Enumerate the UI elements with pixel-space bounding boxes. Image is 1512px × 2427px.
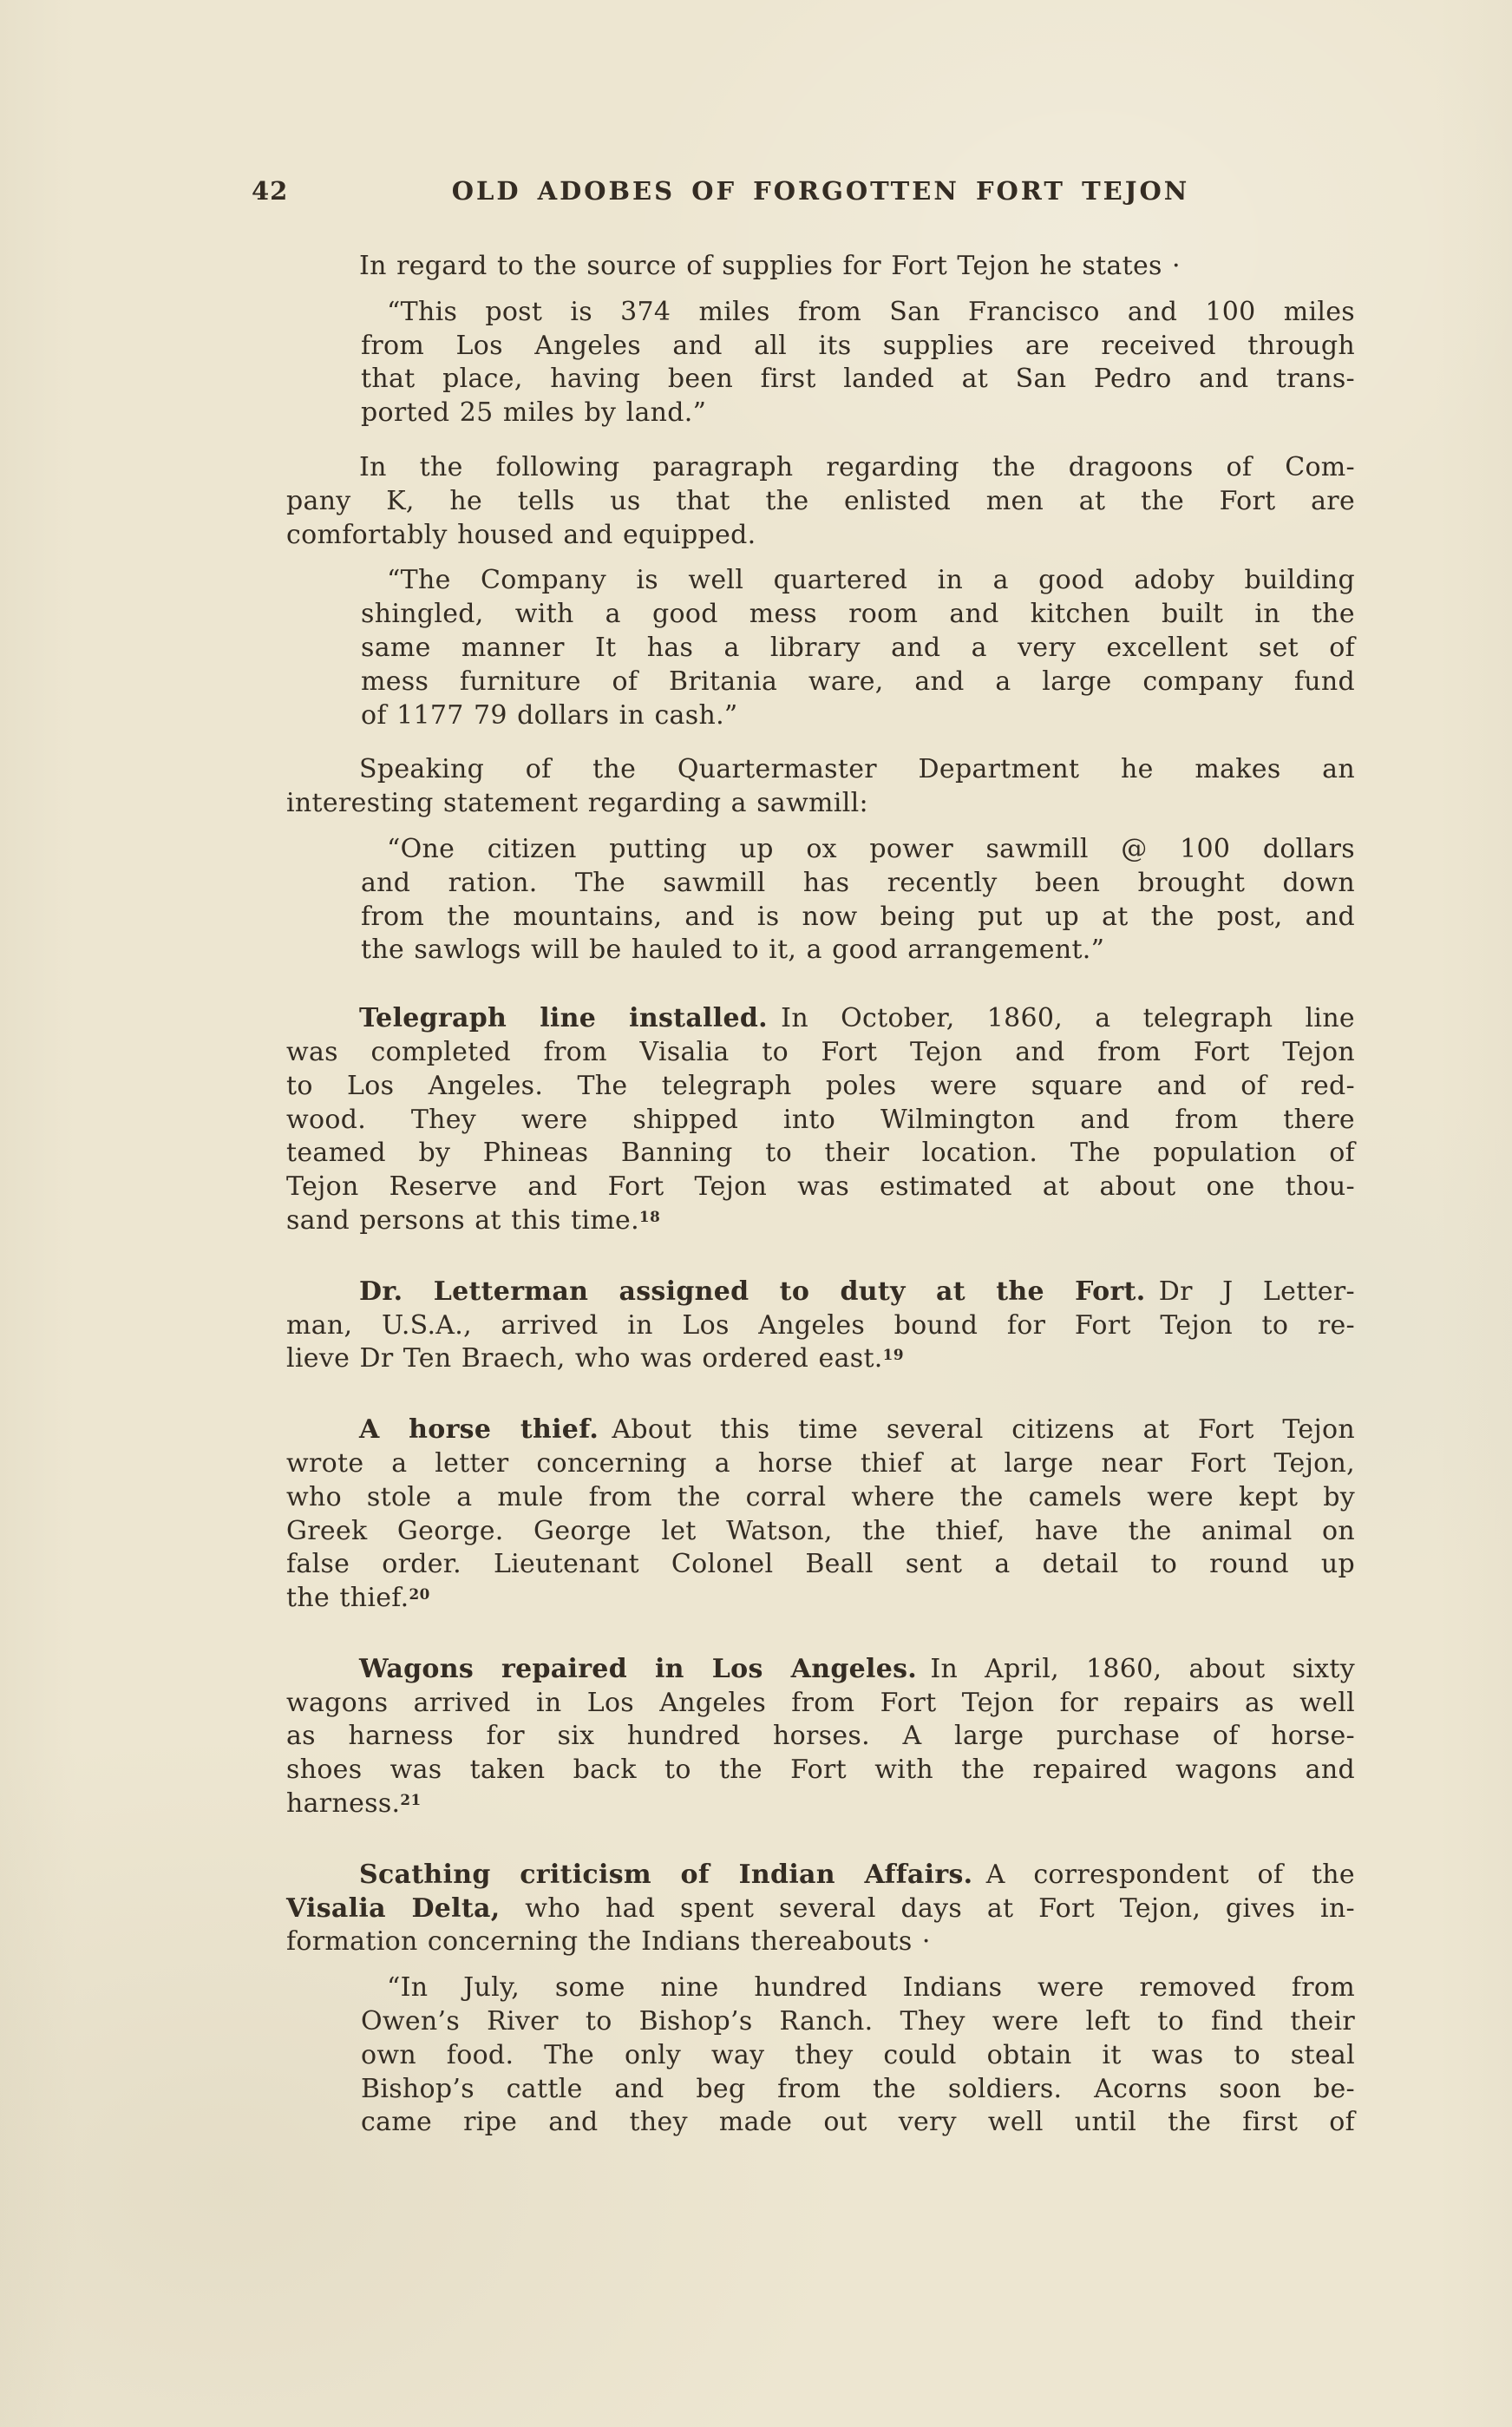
bold-heading-run: A horse thief. [359, 1414, 599, 1445]
footnote-reference: 20 [409, 1585, 429, 1603]
text-line: Bishop’s cattle and beg from the soldier… [361, 2073, 1355, 2107]
text-run: Bishop’s cattle and beg from the soldier… [361, 2074, 1355, 2104]
text-line: from Los Angeles and all its supplies ar… [361, 330, 1355, 364]
paragraph-quote: “This post is 374 miles from San Francis… [361, 296, 1355, 430]
paragraph-section: A horse thief. About this time several c… [286, 1414, 1355, 1618]
text-block: In regard to the source of supplies for … [286, 250, 1355, 2140]
text-line: was completed from Visalia to Fort Tejon… [286, 1036, 1355, 1070]
text-line: own food. The only way they could obtain… [361, 2039, 1355, 2073]
bold-heading-run: Dr. Letterman assigned to duty at the Fo… [359, 1276, 1145, 1307]
text-line: “One citizen putting up ox power sawmill… [361, 833, 1355, 867]
text-run: Greek George. George let Watson, the thi… [286, 1516, 1355, 1546]
text-line: Speaking of the Quartermaster Department… [286, 753, 1355, 787]
text-line: as harness for six hundred horses. A lar… [286, 1720, 1355, 1754]
text-run: was completed from Visalia to Fort Tejon… [286, 1037, 1355, 1067]
text-line: A horse thief. About this time several c… [286, 1414, 1355, 1447]
text-run: as harness for six hundred horses. A lar… [286, 1721, 1355, 1751]
page-number: 42 [252, 176, 288, 206]
text-line: shingled, with a good mess room and kitc… [361, 598, 1355, 632]
text-line: the sawlogs will be hauled to it, a good… [361, 934, 1355, 968]
text-line: In the following paragraph regarding the… [286, 451, 1355, 485]
text-line: the thief.20 [286, 1582, 1355, 1618]
text-run: wrote a letter concerning a horse thief … [286, 1448, 1355, 1479]
text-line: “In July, some nine hundred Indians were… [361, 1971, 1355, 2005]
text-line: interesting statement regarding a sawmil… [286, 787, 1355, 821]
text-run: same manner It has a library and a very … [361, 633, 1355, 663]
text-run: “One citizen putting up ox power sawmill… [387, 834, 1355, 864]
text-line: wood. They were shipped into Wilmington … [286, 1104, 1355, 1138]
book-page-scan: 42 OLD ADOBES OF FORGOTTEN FORT TEJON In… [0, 0, 1512, 2427]
paragraph-section: Scathing criticism of Indian Affairs. A … [286, 1859, 1355, 1959]
paragraph-quote: “The Company is well quartered in a good… [361, 564, 1355, 732]
bold-heading-run: Wagons repaired in Los Angeles. [359, 1654, 917, 1684]
text-line: “The Company is well quartered in a good… [361, 564, 1355, 598]
text-line: from the mountains, and is now being put… [361, 901, 1355, 935]
text-run: and ration. The sawmill has recently bee… [361, 868, 1355, 898]
text-line: and ration. The sawmill has recently bee… [361, 867, 1355, 901]
text-run: shoes was taken back to the Fort with th… [286, 1755, 1355, 1785]
text-line: “This post is 374 miles from San Francis… [361, 296, 1355, 330]
text-line: lieve Dr Ten Braech, who was ordered eas… [286, 1342, 1355, 1379]
text-run: lieve Dr Ten Braech, who was ordered eas… [286, 1343, 883, 1374]
text-run: wagons arrived in Los Angeles from Fort … [286, 1688, 1355, 1718]
text-run: from the mountains, and is now being put… [361, 902, 1355, 932]
text-line: shoes was taken back to the Fort with th… [286, 1754, 1355, 1787]
text-line: comfortably housed and equipped. [286, 519, 1355, 553]
text-run: man, U.S.A., arrived in Los Angeles boun… [286, 1310, 1355, 1341]
text-line: pany K, he tells us that the enlisted me… [286, 485, 1355, 519]
footnote-reference: 18 [639, 1208, 660, 1225]
text-run: mess furniture of Britania ware, and a l… [361, 666, 1355, 697]
paragraph-quote: “In July, some nine hundred Indians were… [361, 1971, 1355, 2140]
text-line: teamed by Phineas Banning to their locat… [286, 1137, 1355, 1171]
paragraph-section: Dr. Letterman assigned to duty at the Fo… [286, 1276, 1355, 1379]
bold-heading-run: Telegraph line installed. [359, 1003, 768, 1033]
text-run: harness. [286, 1788, 400, 1819]
text-line: Tejon Reserve and Fort Tejon was estimat… [286, 1171, 1355, 1204]
text-line: false order. Lieutenant Colonel Beall se… [286, 1548, 1355, 1582]
text-run: A correspondent of the [972, 1860, 1355, 1890]
text-run: About this time several citizens at Fort… [599, 1414, 1355, 1445]
text-line: formation concerning the Indians thereab… [286, 1925, 1355, 1959]
text-line: came ripe and they made out very well un… [361, 2106, 1355, 2140]
text-line: of 1177 79 dollars in cash.” [361, 699, 1355, 733]
text-run: comfortably housed and equipped. [286, 520, 756, 550]
text-run: ported 25 miles by land.” [361, 397, 706, 428]
text-line: Dr. Letterman assigned to duty at the Fo… [286, 1276, 1355, 1309]
text-line: mess furniture of Britania ware, and a l… [361, 666, 1355, 699]
text-line: to Los Angeles. The telegraph poles were… [286, 1070, 1355, 1104]
text-run: came ripe and they made out very well un… [361, 2107, 1355, 2137]
text-run: of 1177 79 dollars in cash.” [361, 700, 738, 731]
text-run: to Los Angeles. The telegraph poles were… [286, 1071, 1355, 1101]
text-run: who stole a mule from the corral where t… [286, 1482, 1355, 1512]
text-line: Scathing criticism of Indian Affairs. A … [286, 1859, 1355, 1892]
text-run: “This post is 374 miles from San Francis… [387, 297, 1355, 327]
text-line: that place, having been first landed at … [361, 363, 1355, 397]
text-run: “The Company is well quartered in a good… [387, 565, 1355, 595]
paragraph-section: Wagons repaired in Los Angeles. In April… [286, 1653, 1355, 1824]
text-run: formation concerning the Indians thereab… [286, 1926, 931, 1957]
text-run: Speaking of the Quartermaster Department… [359, 754, 1355, 784]
text-line: In regard to the source of supplies for … [286, 250, 1355, 284]
running-title: OLD ADOBES OF FORGOTTEN FORT TEJON [286, 176, 1355, 206]
text-run: who had spent several days at Fort Tejon… [501, 1893, 1356, 1924]
running-head: 42 OLD ADOBES OF FORGOTTEN FORT TEJON [286, 176, 1355, 206]
text-run: interesting statement regarding a sawmil… [286, 788, 868, 818]
paragraph-quote: “One citizen putting up ox power sawmill… [361, 833, 1355, 968]
text-run: Owen’s River to Bishop’s Ranch. They wer… [361, 2006, 1355, 2037]
text-run: sand persons at this time. [286, 1205, 639, 1236]
text-line: Wagons repaired in Los Angeles. In April… [286, 1653, 1355, 1687]
text-run: “In July, some nine hundred Indians were… [387, 1972, 1355, 2003]
bold-heading-run: Visalia Delta, [286, 1893, 501, 1924]
text-run: In October, 1860, a telegraph line [768, 1003, 1355, 1033]
text-run: pany K, he tells us that the enlisted me… [286, 486, 1355, 516]
bold-heading-run: Scathing criticism of Indian Affairs. [359, 1860, 972, 1890]
text-line: Owen’s River to Bishop’s Ranch. They wer… [361, 2005, 1355, 2039]
paragraph-body: In regard to the source of supplies for … [286, 250, 1355, 284]
text-line: who stole a mule from the corral where t… [286, 1481, 1355, 1515]
text-run: Dr J Letter- [1145, 1276, 1355, 1307]
text-line: wrote a letter concerning a horse thief … [286, 1447, 1355, 1481]
text-line: Visalia Delta, who had spent several day… [286, 1892, 1355, 1926]
text-line: wagons arrived in Los Angeles from Fort … [286, 1687, 1355, 1721]
text-run: false order. Lieutenant Colonel Beall se… [286, 1549, 1355, 1579]
footnote-reference: 21 [400, 1791, 421, 1808]
text-run: own food. The only way they could obtain… [361, 2040, 1355, 2070]
text-run: the thief. [286, 1583, 409, 1613]
text-line: harness.21 [286, 1787, 1355, 1824]
text-run: teamed by Phineas Banning to their locat… [286, 1138, 1355, 1168]
text-run: shingled, with a good mess room and kitc… [361, 599, 1355, 629]
paragraph-body: Speaking of the Quartermaster Department… [286, 753, 1355, 821]
text-run: In regard to the source of supplies for … [359, 251, 1181, 281]
text-line: Telegraph line installed. In October, 18… [286, 1002, 1355, 1036]
text-line: man, U.S.A., arrived in Los Angeles boun… [286, 1309, 1355, 1343]
text-run: In April, 1860, about sixty [917, 1654, 1355, 1684]
text-run: In the following paragraph regarding the… [359, 452, 1355, 482]
text-line: Greek George. George let Watson, the thi… [286, 1515, 1355, 1549]
text-line: sand persons at this time.18 [286, 1204, 1355, 1241]
footnote-reference: 19 [883, 1346, 904, 1363]
text-run: that place, having been first landed at … [361, 364, 1355, 394]
text-line: ported 25 miles by land.” [361, 397, 1355, 430]
paragraph-body: In the following paragraph regarding the… [286, 451, 1355, 552]
text-run: wood. They were shipped into Wilmington … [286, 1105, 1355, 1135]
text-run: the sawlogs will be hauled to it, a good… [361, 935, 1104, 965]
text-line: same manner It has a library and a very … [361, 632, 1355, 666]
paragraph-section: Telegraph line installed. In October, 18… [286, 1002, 1355, 1241]
text-run: Tejon Reserve and Fort Tejon was estimat… [286, 1171, 1355, 1202]
text-run: from Los Angeles and all its supplies ar… [361, 331, 1355, 361]
